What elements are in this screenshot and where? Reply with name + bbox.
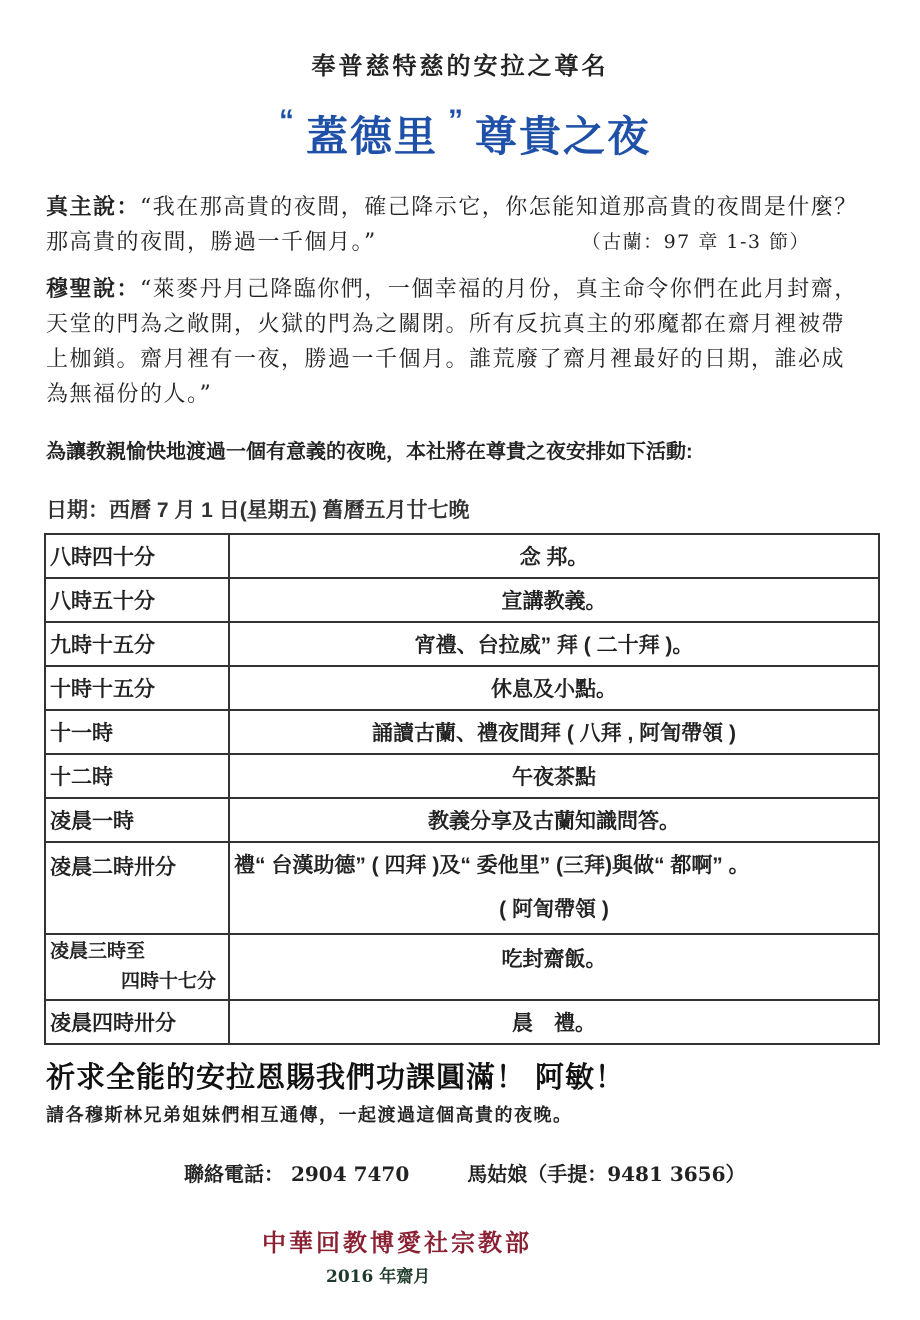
event-date: 日期：西曆 7 月 1 日(星期五) 舊曆五月廿七晚 bbox=[46, 494, 470, 524]
table-row: 凌晨二時卅分 禮“ 台漢助德” ( 四拜 )及“ 委他里” (三拜)與做“ 都啊… bbox=[45, 842, 879, 934]
schedule-activity: 休息及小點。 bbox=[229, 666, 879, 710]
footer-date: 2016 年齋月 bbox=[326, 1262, 430, 1287]
schedule-time: 凌晨一時 bbox=[45, 798, 229, 842]
table-row: 凌晨四時卅分 晨 禮。 bbox=[45, 1000, 879, 1044]
quote-speaker: 真主說： bbox=[46, 194, 140, 220]
schedule-time: 九時十五分 bbox=[45, 622, 229, 666]
quote-speaker: 穆聖說： bbox=[46, 276, 140, 302]
schedule-time: 十時十五分 bbox=[45, 666, 229, 710]
intro-text: 為讓教親愉快地渡過一個有意義的夜晚，本社將在尊貴之夜安排如下活動: bbox=[46, 435, 693, 464]
table-row: 十時十五分 休息及小點。 bbox=[45, 666, 879, 710]
schedule-activity: 念 邦。 bbox=[229, 534, 879, 578]
schedule-time: 凌晨四時卅分 bbox=[45, 1000, 229, 1044]
contact-info: 聯絡電話： 2904 7470 馬姑娘（手提：9481 3656） bbox=[184, 1158, 746, 1187]
title-open-quote: “ bbox=[279, 104, 296, 137]
invocation-subtitle: 奉普慈特慈的安拉之尊名 bbox=[0, 46, 920, 81]
contact-phone: 2904 7470 bbox=[291, 1162, 409, 1186]
notice-text: 請各穆斯林兄弟姐妹們相互通傳，一起渡過這個高貴的夜晚。 bbox=[46, 1101, 573, 1127]
schedule-time: 凌晨三時至 四時十七分 bbox=[45, 934, 229, 1000]
schedule-table: 八時四十分 念 邦。 八時五十分 宣講教義。 九時十五分 宵禮、台拉威” 拜 (… bbox=[44, 533, 880, 1045]
table-row: 八時五十分 宣講教義。 bbox=[45, 578, 879, 622]
table-row: 凌晨一時 教義分享及古蘭知識問答。 bbox=[45, 798, 879, 842]
time-line: 凌晨三時至 bbox=[50, 937, 224, 967]
organization-name: 中華回教博愛社宗教部 bbox=[262, 1223, 532, 1258]
table-row: 十一時 誦讀古蘭、禮夜間拜 ( 八拜 , 阿訇帶領 ) bbox=[45, 710, 879, 754]
schedule-activity: 誦讀古蘭、禮夜間拜 ( 八拜 , 阿訇帶領 ) bbox=[229, 710, 879, 754]
title-close-quote: ” bbox=[448, 104, 465, 137]
schedule-activity: 宣講教義。 bbox=[229, 578, 879, 622]
schedule-activity: 晨 禮。 bbox=[229, 1000, 879, 1044]
schedule-activity: 吃封齋飯。 bbox=[229, 934, 879, 1000]
title-name: 蓋德里 bbox=[306, 113, 438, 160]
contact-person: 馬姑娘（手提：9481 3656） bbox=[467, 1162, 745, 1186]
schedule-time: 十二時 bbox=[45, 754, 229, 798]
schedule-time: 八時五十分 bbox=[45, 578, 229, 622]
schedule-activity: 午夜茶點 bbox=[229, 754, 879, 798]
page-title: “蓋德里”尊貴之夜 bbox=[0, 104, 920, 164]
time-line: 四時十七分 bbox=[50, 967, 224, 997]
schedule-activity: 禮“ 台漢助德” ( 四拜 )及“ 委他里” (三拜)與做“ 都啊” 。 ( 阿… bbox=[229, 842, 879, 934]
schedule-time: 凌晨二時卅分 bbox=[45, 842, 229, 934]
schedule-time: 十一時 bbox=[45, 710, 229, 754]
schedule-activity: 宵禮、台拉威” 拜 ( 二十拜 )。 bbox=[229, 622, 879, 666]
table-row: 八時四十分 念 邦。 bbox=[45, 534, 879, 578]
quote-text: “萊麥丹月己降臨你們，一個幸福的月份，真主命令你們在此月封齋，天堂的門為之敞開，… bbox=[46, 277, 858, 407]
activity-line: 禮“ 台漢助德” ( 四拜 )及“ 委他里” (三拜)與做“ 都啊” 。 bbox=[234, 844, 874, 888]
table-row: 凌晨三時至 四時十七分 吃封齋飯。 bbox=[45, 934, 879, 1000]
activity-line: ( 阿訇帶領 ) bbox=[234, 888, 874, 932]
schedule-activity: 教義分享及古蘭知識問答。 bbox=[229, 798, 879, 842]
title-rest: 尊貴之夜 bbox=[475, 113, 651, 160]
schedule-time: 八時四十分 bbox=[45, 534, 229, 578]
quran-quote: 真主說：“我在那高貴的夜間，確己降示它，你怎能知道那高貴的夜間是什麼？那高貴的夜… bbox=[46, 190, 866, 260]
quote-reference: （古蘭：97 章 1-3 節） bbox=[582, 225, 810, 260]
contact-label: 聯絡電話： bbox=[184, 1162, 284, 1186]
hadith-quote: 穆聖說：“萊麥丹月己降臨你們，一個幸福的月份，真主命令你們在此月封齋，天堂的門為… bbox=[46, 272, 866, 412]
closing-prayer: 祈求全能的安拉恩賜我們功課圓滿！ 阿敏！ bbox=[46, 1055, 625, 1096]
table-row: 九時十五分 宵禮、台拉威” 拜 ( 二十拜 )。 bbox=[45, 622, 879, 666]
table-row: 十二時 午夜茶點 bbox=[45, 754, 879, 798]
